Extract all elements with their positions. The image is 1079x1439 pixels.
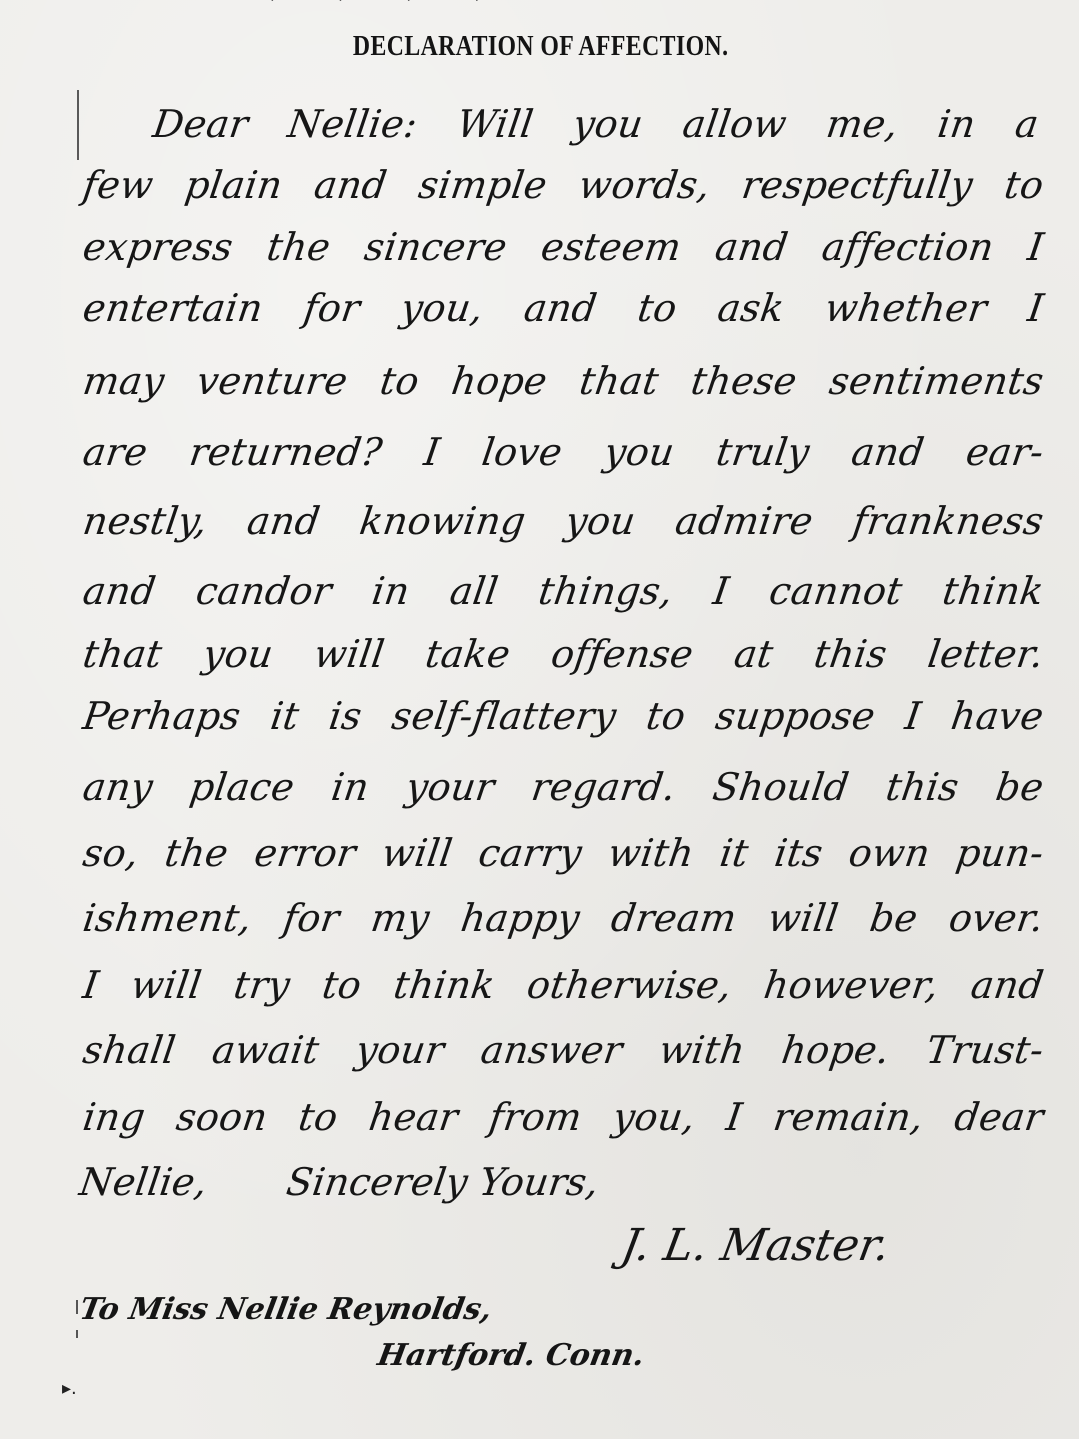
letter-line: shall await your answer with hope. Trust…: [80, 1026, 1047, 1074]
letter-line: may venture to hope that these sentiment…: [80, 357, 1047, 405]
closing-line: Nellie,Sincerely Yours,: [77, 1158, 784, 1206]
signature: J. L. Master.: [617, 1220, 893, 1272]
address-recipient: To Miss Nellie Reynolds,: [76, 1290, 494, 1330]
letter-line: Dear Nellie: Will you allow me, in a: [150, 100, 1042, 148]
valediction: Sincerely Yours,: [284, 1160, 602, 1204]
letter-line: ing soon to hear from you, I remain, dea…: [80, 1093, 1047, 1141]
letter-line: ishment, for my happy dream will be over…: [80, 894, 1047, 942]
letter-line: I will try to think otherwise, however, …: [80, 961, 1047, 1009]
printer-mark: ▸.: [62, 1378, 77, 1399]
salutation-name: Nellie,: [77, 1160, 210, 1204]
page-title: DECLARATION OF AFFECTION.: [98, 30, 983, 63]
letter-line: express the sincere esteem and affection…: [80, 223, 1047, 271]
letter-line: are returned? I love you truly and ear-: [80, 428, 1047, 476]
letter-line: Perhaps it is self-flattery to suppose I…: [80, 692, 1047, 740]
cropped-previous-text: · · · ·: [270, 0, 790, 4]
letter-line: few plain and simple words, respectfully…: [80, 161, 1047, 209]
letter-line: so, the error will carry with it its own…: [80, 829, 1047, 877]
letter-line: that you will take offense at this lette…: [80, 630, 1047, 678]
letter-line: and candor in all things, I cannot think: [80, 567, 1047, 615]
letter-line: entertain for you, and to ask whether I: [80, 284, 1047, 332]
margin-tick: [76, 1300, 78, 1314]
margin-rule: [77, 90, 79, 160]
margin-tick: [76, 1330, 78, 1338]
letter-line: any place in your regard. Should this be: [80, 763, 1047, 811]
address-city: Hartford. Conn.: [374, 1336, 647, 1376]
letter-page: · · · · DECLARATION OF AFFECTION. Dear N…: [0, 0, 1079, 1439]
letter-line: nestly, and knowing you admire frankness: [80, 497, 1047, 545]
